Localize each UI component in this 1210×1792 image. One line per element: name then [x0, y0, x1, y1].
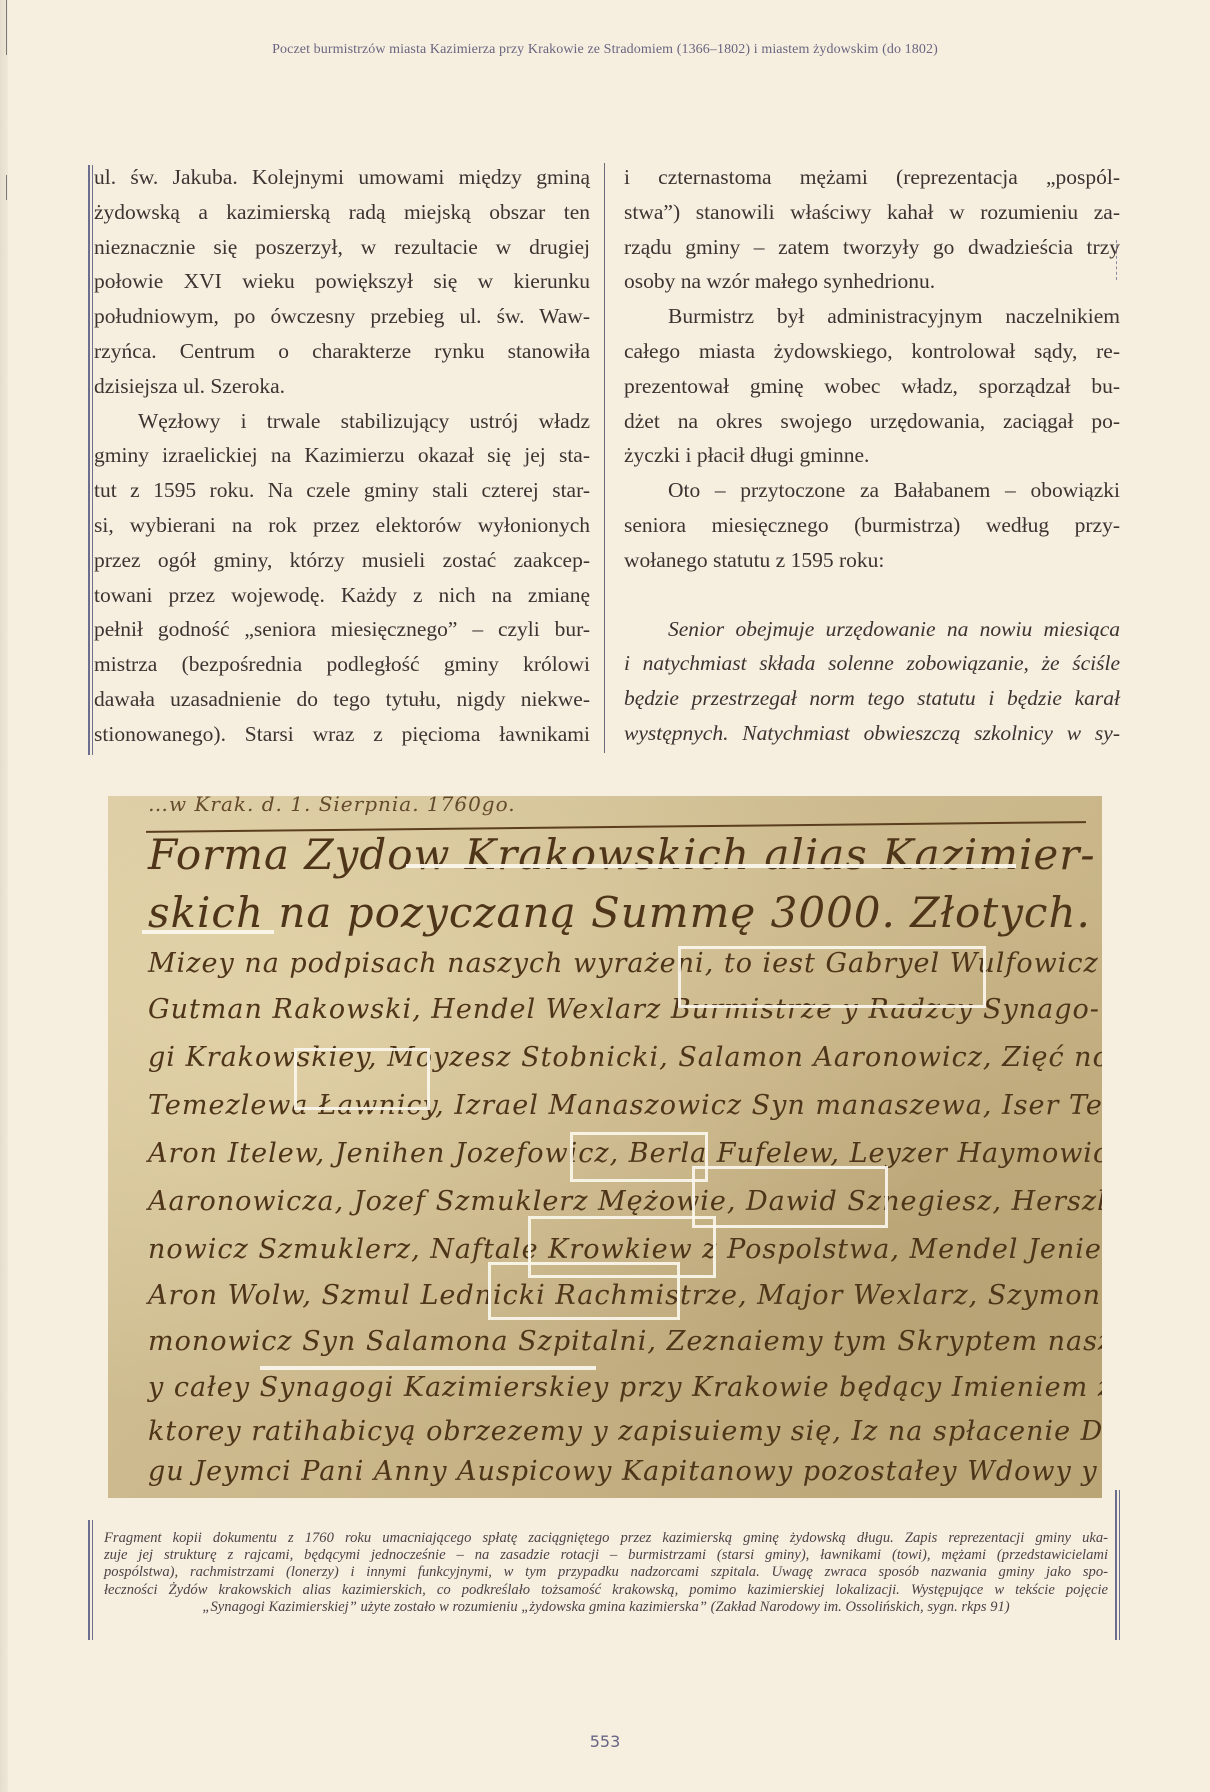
text-line: Oto – przytoczone za Bałabanem – obowiąz… [624, 473, 1120, 508]
caption-right-rule [1115, 1490, 1120, 1640]
manuscript-line: Temezlewa Ławnicy, Izrael Manaszowicz Sy… [148, 1090, 1082, 1121]
caption-line: pospólstwa), rachmistrzami (lonerzy) i i… [104, 1564, 1108, 1581]
running-head: Poczet burmistrzów miasta Kazimierza prz… [0, 42, 1210, 58]
text-line: przez ogół gminy, którzy musieli zostać … [94, 543, 590, 578]
text-line: i natychmiast składa solenne zobowiązani… [624, 646, 1120, 681]
text-line: połowie XVI wieku powiększył się w kieru… [94, 264, 590, 299]
text-line: dzisiejsza ul. Szeroka. [94, 369, 590, 404]
paragraph: Węzłowy i trwale stabilizujący ustrój wł… [94, 404, 590, 752]
text-line: rządu gminy – zatem tworzyły go dwadzieś… [624, 230, 1120, 265]
manuscript-line: trzeby teraznieysze Synagogi naszey Kazi… [148, 1496, 1082, 1498]
quote-paragraph: Senior obejmuje urzędowanie na nowiu mie… [624, 612, 1120, 751]
manuscript-line: ktorey ratihabicyą obrzezemy y zapisuiem… [148, 1416, 1082, 1447]
text-line: występnych. Natychmiast obwieszczą szkol… [624, 716, 1120, 751]
manuscript-line: …w Krak. d. 1. Sierpnia. 1760go. [148, 796, 1082, 816]
text-line: stwa”) stanowili właściwy kahał w rozumi… [624, 195, 1120, 230]
text-line: Senior obejmuje urzędowanie na nowiu mie… [624, 612, 1120, 647]
right-column: i czternastoma mężami (reprezentacja „po… [624, 160, 1120, 751]
text-line: stionowanego). Starsi wraz z pięcioma ła… [94, 717, 590, 752]
highlight-underline [406, 864, 1016, 868]
text-line: Węzłowy i trwale stabilizujący ustrój wł… [94, 404, 590, 439]
highlight-underline [142, 930, 274, 934]
caption-line: łeczności Żydów krakowskich alias kazimi… [104, 1582, 1108, 1599]
figure-caption: Fragment kopii dokumentu z 1760 roku uma… [104, 1530, 1108, 1616]
text-line: będzie przestrzegał norm tego statutu i … [624, 681, 1120, 716]
text-line: si, wybierani na rok przez elektorów wył… [94, 508, 590, 543]
manuscript-title-line: skich na pozyczaną Summę 3000. Złotych. [148, 888, 1082, 937]
manuscript-line: monowicz Syn Salamona Szpitalni, Zeznaie… [148, 1326, 1082, 1357]
manuscript-title-line: Forma Zydow Krakowskich alias Kazimier- [148, 830, 1082, 879]
text-line: i czternastoma mężami (reprezentacja „po… [624, 160, 1120, 195]
manuscript-line: gi Krakowskiey, Moyzesz Stobnicki, Salam… [148, 1042, 1082, 1073]
text-line: Burmistrz był administracyjnym naczelnik… [624, 299, 1120, 334]
text-line: żydowską a kazimierską radą miejską obsz… [94, 195, 590, 230]
paragraph: i czternastoma mężami (reprezentacja „po… [624, 160, 1120, 299]
left-column: ul. św. Jakuba. Kolejnymi umowami między… [94, 160, 590, 752]
text-line: nieznacznie się poszerzył, w rezultacie … [94, 230, 590, 265]
text-line: tut z 1595 roku. Na czele gminy stali cz… [94, 473, 590, 508]
highlight-box-mezowie [570, 1132, 708, 1182]
caption-line: Fragment kopii dokumentu z 1760 roku uma… [104, 1530, 1108, 1547]
highlight-box-lawnicy [294, 1048, 430, 1110]
highlight-box-pospolstwo [692, 1166, 888, 1228]
text-line: seniora miesięcznego (burmistrza) według… [624, 508, 1120, 543]
highlight-box-burmistrze [678, 946, 986, 1008]
text-line: całego miasta żydowskiego, kontrolował s… [624, 334, 1120, 369]
paragraph: Burmistrz był administracyjnym naczelnik… [624, 299, 1120, 473]
highlight-box-szpitalni [488, 1262, 680, 1320]
text-line: dawała uzasadnienie do tego tytułu, nigd… [94, 682, 590, 717]
text-line: dżet na okres swojego urzędowania, zacią… [624, 404, 1120, 439]
text-line: prezentował gminę wobec władz, sporządza… [624, 369, 1120, 404]
text-line: mistrza (bezpośrednia podległość gminy k… [94, 647, 590, 682]
page-number: 553 [0, 1732, 1210, 1751]
caption-line: zuje jej strukturę z rajcami, będącymi j… [104, 1547, 1108, 1564]
left-margin-rule [88, 165, 93, 755]
text-line: osoby na wzór małego synhedrionu. [624, 264, 1120, 299]
text-line: ul. św. Jakuba. Kolejnymi umowami między… [94, 160, 590, 195]
text-line: towani przez wojewodę. Każdy z nich na z… [94, 578, 590, 613]
text-line: pełnił godność „seniora miesięcznego” – … [94, 612, 590, 647]
text-line: rzyńca. Centrum o charakterze rynku stan… [94, 334, 590, 369]
text-line: wołanego statutu z 1595 roku: [624, 543, 1120, 578]
text-line: gminy izraelickiej na Kazimierzu okazał … [94, 438, 590, 473]
caption-line: „Synagogi Kazimierskiej” użyte zostało w… [104, 1599, 1108, 1616]
paragraph: Oto – przytoczone za Bałabanem – obowiąz… [624, 473, 1120, 577]
paragraph: ul. św. Jakuba. Kolejnymi umowami między… [94, 160, 590, 404]
edge-tick [6, 175, 7, 200]
manuscript-line: Aaronowicza, Jozef Szmuklerz Mężowie, Da… [148, 1186, 1082, 1217]
manuscript-line: gu Jeymci Pani Anny Auspicowy Kapitanowy… [148, 1456, 1082, 1487]
page-edge [0, 0, 8, 1792]
manuscript-line: y całey Synagogi Kazimierskiey przy Krak… [148, 1372, 1082, 1403]
text-line: życzki i płacił długi gminne. [624, 438, 1120, 473]
column-divider [604, 163, 605, 753]
caption-left-rule [88, 1520, 93, 1640]
highlight-underline [260, 1366, 596, 1370]
manuscript-image: …w Krak. d. 1. Sierpnia. 1760go. Forma Z… [108, 796, 1102, 1498]
text-line: południowym, po ówczesny przebieg ul. św… [94, 299, 590, 334]
